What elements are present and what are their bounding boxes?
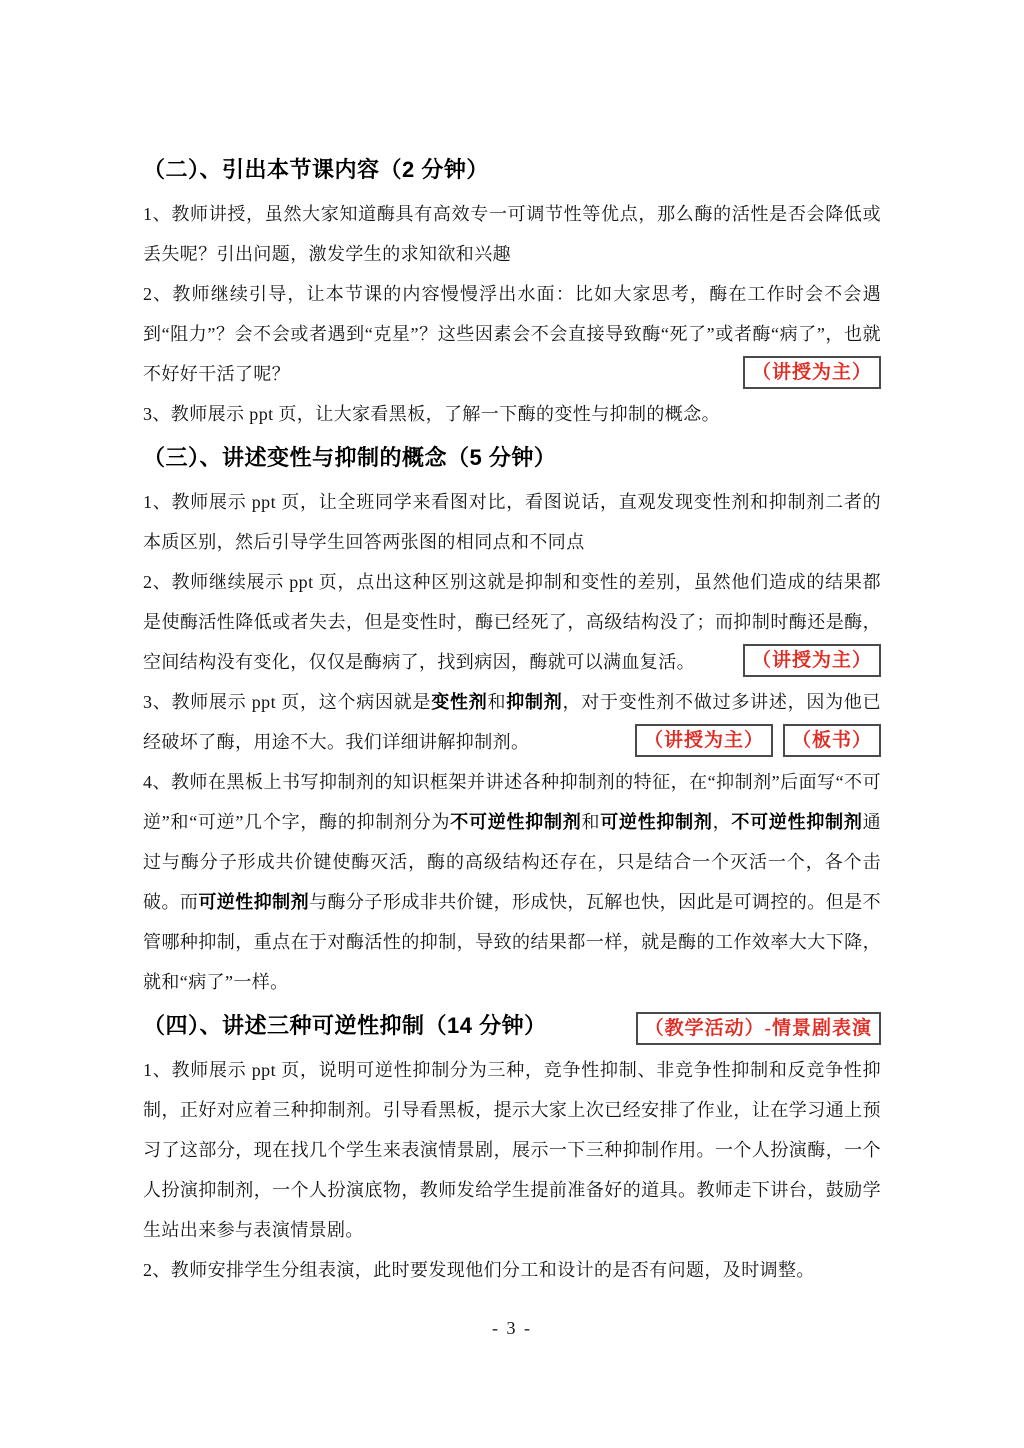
paragraph-s4-1: 1、教师展示 ppt 页，说明可逆性抑制分为三种，竞争性抑制、非竞争性抑制和反竞… [143,1050,881,1250]
paragraph-s3-3: 3、教师展示 ppt 页，这个病因就是变性剂和抑制剂，对于变性剂不做过多讲述，因… [143,682,881,762]
bold-term-irreversible-inhibitor: 不可逆性抑制剂 [731,812,862,832]
paragraph-s3-1: 1、教师展示 ppt 页，让全班同学来看图对比，看图说话，直观发现变性剂和抑制剂… [143,482,881,562]
paragraph-s2-2: 2、教师继续引导，让本节课的内容慢慢浮出水面：比如大家思考，酶在工作时会不会遇到… [143,274,881,394]
section-reversible-inhibition: （四）、讲述三种可逆性抑制（14 分钟） （教学活动）-情景剧表演 1、教师展示… [143,1002,881,1290]
document-page: （二）、引出本节课内容（2 分钟） 1、教师讲授，虽然大家知道酶具有高效专一可调… [0,0,1024,1448]
annotation-badge-lecture: （讲授为主） [743,644,881,677]
annotation-badge-lecture: （讲授为主） [635,724,773,757]
paragraph-text: 和 [581,812,600,832]
section-heading-2: （二）、引出本节课内容（2 分钟） [143,148,881,192]
bold-term-denaturant: 变性剂 [431,692,487,712]
annotation-badge-activity: （教学活动）-情景剧表演 [636,1012,881,1045]
bold-term-reversible-inhibitor: 可逆性抑制剂 [600,812,712,832]
section-heading-3: （三）、讲述变性与抑制的概念（5 分钟） [143,436,881,480]
annotation-badge-board: （板书） [783,724,881,757]
bold-term-reversible-inhibitor: 可逆性抑制剂 [198,892,309,912]
bold-term-inhibitor: 抑制剂 [506,692,562,712]
bold-term-irreversible-inhibitor: 不可逆性抑制剂 [450,812,581,832]
paragraph-s2-1: 1、教师讲授，虽然大家知道酶具有高效专一可调节性等优点，那么酶的活性是否会降低或… [143,194,881,274]
page-number: - 3 - [143,1318,881,1339]
paragraph-s4-2: 2、教师安排学生分组表演，此时要发现他们分工和设计的是否有问题，及时调整。 [143,1250,881,1290]
annotation-badge-lecture: （讲授为主） [743,356,881,389]
paragraph-s2-3: 3、教师展示 ppt 页，让大家看黑板，了解一下酶的变性与抑制的概念。 [143,394,881,434]
section-heading-4: （四）、讲述三种可逆性抑制（14 分钟） [143,1004,547,1048]
section-concepts: （三）、讲述变性与抑制的概念（5 分钟） 1、教师展示 ppt 页，让全班同学来… [143,436,881,1002]
paragraph-text: 3、教师展示 ppt 页，这个病因就是 [143,692,431,712]
section-intro-topic: （二）、引出本节课内容（2 分钟） 1、教师讲授，虽然大家知道酶具有高效专一可调… [143,148,881,434]
section-heading-row: （四）、讲述三种可逆性抑制（14 分钟） （教学活动）-情景剧表演 [143,1002,881,1050]
paragraph-s3-4: 4、教师在黑板上书写抑制剂的知识框架并讲述各种抑制剂的特征，在“抑制剂”后面写“… [143,762,881,1002]
paragraph-text: 和 [488,692,507,712]
paragraph-s3-2: 2、教师继续展示 ppt 页，点出这种区别这就是抑制和变性的差别，虽然他们造成的… [143,562,881,682]
paragraph-text: ， [713,812,732,832]
